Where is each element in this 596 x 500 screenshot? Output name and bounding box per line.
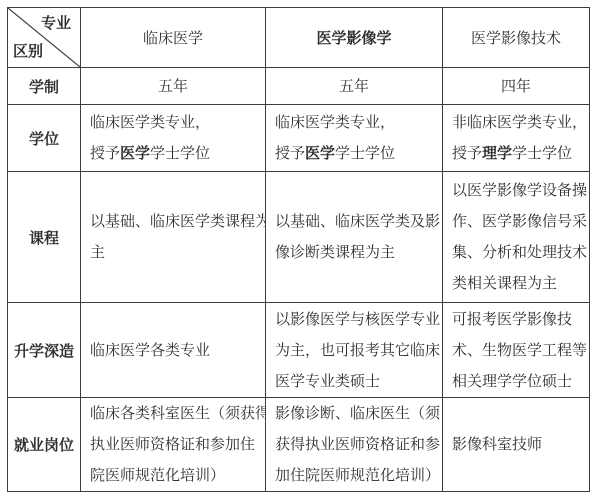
corner-cell: 专业 区别: [8, 8, 81, 68]
cell-employment-clinical-medicine: 临床各类科室医生（须获得执业医师资格证和参加住院医师规范化培训）: [81, 398, 266, 492]
cell-degree-clinical-medicine: 临床医学类专业，授予医学学士学位: [81, 105, 266, 172]
cell-further-study-clinical-medicine: 临床医学各类专业: [81, 303, 266, 398]
cell-further-study-medical-imaging: 以影像医学与核医学专业为主，也可报考其它临床医学专业类硕士: [266, 303, 443, 398]
row-label-degree: 学位: [8, 105, 81, 172]
cell-degree-medical-imaging-technology: 非临床医学类专业，授予理学学士学位: [443, 105, 590, 172]
cell-duration-medical-imaging: 五年: [266, 68, 443, 105]
cell-degree-medical-imaging: 临床医学类专业，授予医学学士学位: [266, 105, 443, 172]
row-label-duration: 学制: [8, 68, 81, 105]
column-header-medical-imaging-technology: 医学影像技术: [443, 8, 590, 68]
cell-further-study-medical-imaging-technology: 可报考医学影像技术、生物医学工程等相关理学学位硕士: [443, 303, 590, 398]
cell-courses-medical-imaging-technology: 以医学影像学设备操作、医学影像信号采集、分析和处理技术类相关课程为主: [443, 172, 590, 303]
row-label-courses: 课程: [8, 172, 81, 303]
column-header-medical-imaging: 医学影像学: [266, 8, 443, 68]
row-label-further-study: 升学深造: [8, 303, 81, 398]
cell-employment-medical-imaging-technology: 影像科室技师: [443, 398, 590, 492]
corner-label-difference: 区别: [13, 43, 43, 61]
cell-employment-medical-imaging: 影像诊断、临床医生（须获得执业医师资格证和参加住院医师规范化培训）: [266, 398, 443, 492]
majors-comparison-page: 专业 区别 临床医学 医学影像学 医学影像技术 学制 五年 五年 四年 学位 临…: [0, 0, 596, 500]
cell-duration-medical-imaging-technology: 四年: [443, 68, 590, 105]
cell-courses-clinical-medicine: 以基础、临床医学类课程为主: [81, 172, 266, 303]
majors-comparison-table: 专业 区别 临床医学 医学影像学 医学影像技术 学制 五年 五年 四年 学位 临…: [7, 7, 590, 492]
row-label-employment: 就业岗位: [8, 398, 81, 492]
cell-duration-clinical-medicine: 五年: [81, 68, 266, 105]
column-header-clinical-medicine: 临床医学: [81, 8, 266, 68]
cell-courses-medical-imaging: 以基础、临床医学类及影像诊断类课程为主: [266, 172, 443, 303]
corner-label-major: 专业: [41, 15, 71, 33]
